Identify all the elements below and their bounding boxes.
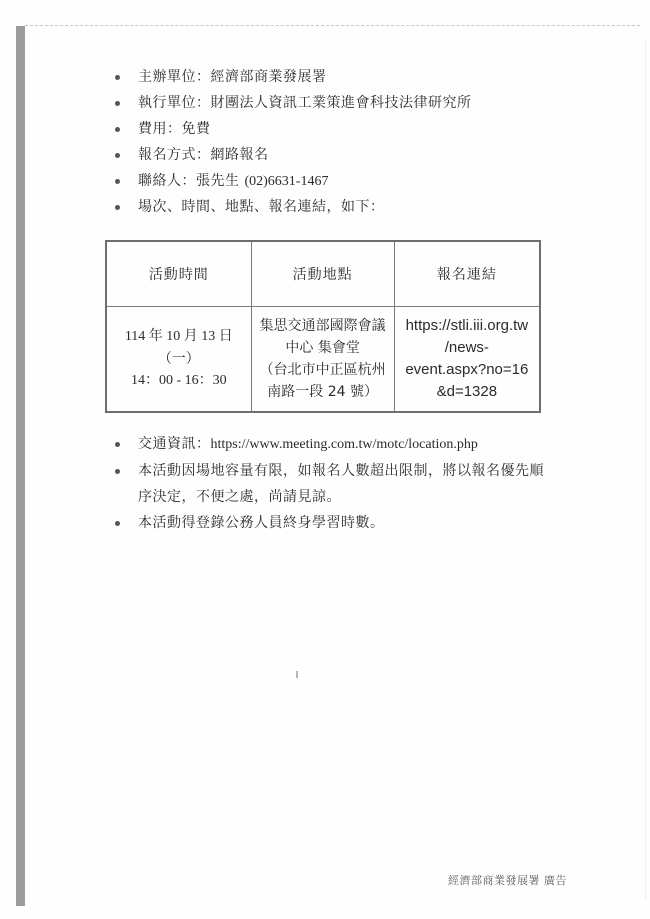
info-contact: 聯絡人：張先生 (02)6631-1467 xyxy=(112,168,472,194)
table-header-row: 活動時間 活動地點 報名連結 xyxy=(106,241,540,307)
bullet-icon xyxy=(115,469,120,474)
event-notes-list: 交通資訊：https://www.meeting.com.tw/motc/loc… xyxy=(112,431,552,536)
event-info-list: 主辦單位：經濟部商業發展署 執行單位：財團法人資訊工業策進會科技法律研究所 費用… xyxy=(112,64,472,220)
scan-edge-left xyxy=(16,26,25,906)
header-event-location: 活動地點 xyxy=(251,241,394,307)
table-row: 114 年 10 月 13 日 （一） 14：00 - 16：30 集思交通部國… xyxy=(106,307,540,413)
info-sessions-intro: 場次、時間、地點、報名連結，如下： xyxy=(112,194,472,220)
info-label: 費用 xyxy=(138,121,167,137)
scan-artifact xyxy=(296,671,298,678)
info-separator: ： xyxy=(196,147,211,163)
cell-event-location: 集思交通部國際會議 中心 集會堂 （台北市中正區杭州 南路一段 24 號） xyxy=(251,307,394,413)
event-weekday: （一） xyxy=(107,348,251,370)
link-line: &d=1328 xyxy=(395,381,539,403)
link-line: /news- xyxy=(395,337,539,359)
info-separator: ： xyxy=(370,199,385,215)
cell-registration-link: https://stli.iii.org.tw /news- event.asp… xyxy=(394,307,540,413)
event-date: 114 年 10 月 13 日 xyxy=(107,326,251,348)
info-separator: ： xyxy=(167,121,182,137)
location-line: 南路一段 24 號） xyxy=(252,381,394,403)
footer-advert-label: 經濟部商業發展署 廣告 xyxy=(448,872,567,888)
info-value: 免費 xyxy=(182,121,211,137)
info-value: 經濟部商業發展署 xyxy=(211,69,327,85)
note-capacity: 本活動因場地容量有限，如報名人數超出限制，將以報名優先順序決定，不便之處，尚請見… xyxy=(112,458,552,510)
link-line: https://stli.iii.org.tw xyxy=(395,315,539,337)
location-line: （台北市中正區杭州 xyxy=(252,359,394,381)
note-transport: 交通資訊：https://www.meeting.com.tw/motc/loc… xyxy=(112,431,552,458)
contact-phone: (02)6631-1467 xyxy=(244,174,328,189)
info-value: 財團法人資訊工業策進會科技法律研究所 xyxy=(211,95,472,111)
location-line: 中心 集會堂 xyxy=(252,337,394,359)
bullet-icon xyxy=(115,442,120,447)
bullet-icon xyxy=(115,521,120,526)
bullet-icon xyxy=(115,127,120,132)
info-label: 執行單位 xyxy=(138,95,196,111)
bullet-icon xyxy=(115,205,120,210)
info-value: 張先生 xyxy=(196,173,244,189)
scan-edge-right xyxy=(645,40,646,900)
info-separator: ： xyxy=(196,69,211,85)
header-registration-link: 報名連結 xyxy=(394,241,540,307)
info-executor: 執行單位：財團法人資訊工業策進會科技法律研究所 xyxy=(112,90,472,116)
link-line: event.aspx?no=16 xyxy=(395,359,539,381)
info-label: 主辦單位 xyxy=(138,69,196,85)
bullet-icon xyxy=(115,153,120,158)
bullet-icon xyxy=(115,101,120,106)
scanned-page: 主辦單位：經濟部商業發展署 執行單位：財團法人資訊工業策進會科技法律研究所 費用… xyxy=(0,0,650,919)
event-schedule-table: 活動時間 活動地點 報名連結 114 年 10 月 13 日 （一） 14：00… xyxy=(105,240,541,413)
bullet-icon xyxy=(115,75,120,80)
info-label: 報名方式 xyxy=(138,147,196,163)
cell-event-time: 114 年 10 月 13 日 （一） 14：00 - 16：30 xyxy=(106,307,251,413)
note-text: 本活動得登錄公務人員終身學習時數。 xyxy=(138,515,385,531)
scan-edge-top xyxy=(25,25,640,26)
note-learning-hours: 本活動得登錄公務人員終身學習時數。 xyxy=(112,510,552,536)
note-text: 本活動因場地容量有限，如報名人數超出限制，將以報名優先順序決定，不便之處，尚請見… xyxy=(138,463,544,505)
header-event-time: 活動時間 xyxy=(106,241,251,307)
bullet-icon xyxy=(115,179,120,184)
info-label: 聯絡人 xyxy=(138,173,182,189)
note-separator: ： xyxy=(196,436,211,452)
transport-url: https://www.meeting.com.tw/motc/location… xyxy=(211,437,478,452)
location-line: 集思交通部國際會議 xyxy=(252,315,394,337)
info-value: 網路報名 xyxy=(211,147,269,163)
info-separator: ： xyxy=(196,95,211,111)
event-hours: 14：00 - 16：30 xyxy=(107,370,251,392)
info-separator: ： xyxy=(182,173,197,189)
info-label: 場次、時間、地點、報名連結，如下 xyxy=(138,199,370,215)
info-organizer: 主辦單位：經濟部商業發展署 xyxy=(112,64,472,90)
note-label: 交通資訊 xyxy=(138,436,196,452)
info-fee: 費用：免費 xyxy=(112,116,472,142)
info-registration-method: 報名方式：網路報名 xyxy=(112,142,472,168)
